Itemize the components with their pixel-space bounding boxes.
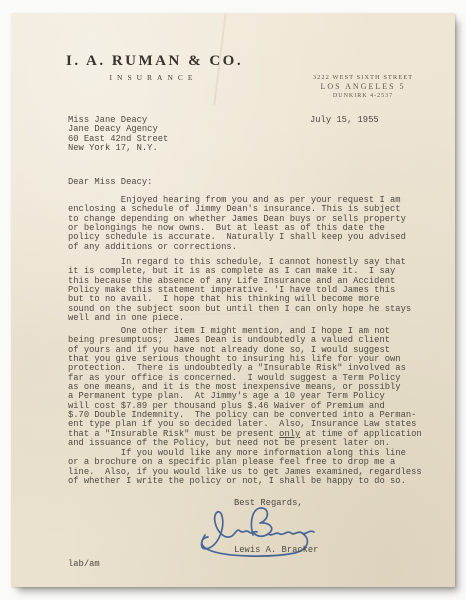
body-paragraph-4: If you would like any more information a… [68,449,440,486]
letterhead-address: 3222 WEST SIXTH STREET LOS ANGELES 5 DUN… [293,73,433,101]
letterhead: I. A. RUMAN & CO. INSURANCE [66,53,241,82]
date-line: July 15, 1955 [310,116,379,125]
street-address: 3222 WEST SIXTH STREET [293,73,433,82]
company-division: INSURANCE [66,73,241,82]
body-paragraph-3: One other item I might mention, and I ho… [68,327,440,448]
body-paragraph-2: In regard to this schedule, I cannot hon… [68,258,440,323]
letter-paper: I. A. RUMAN & CO. INSURANCE 3222 WEST SI… [11,13,455,587]
salutation: Dear Miss Deacy: [68,178,152,187]
phone-number: DUNKIRK 4-2537 [293,92,433,101]
body-paragraph-1: Enjoyed hearing from you and as per your… [68,196,440,252]
paragraph-3-text: One other item I might mention, and I ho… [68,326,416,439]
typist-initials: lab/am [68,560,100,569]
recipient-address: Miss Jane Deacy Jane Deacy Agency 60 Eas… [68,116,168,153]
page-background: I. A. RUMAN & CO. INSURANCE 3222 WEST SI… [0,0,466,600]
company-name: I. A. RUMAN & CO. [66,53,241,70]
typed-signature-name: Lewis A. Bracker [234,546,318,555]
city-line: LOS ANGELES 5 [293,82,433,92]
